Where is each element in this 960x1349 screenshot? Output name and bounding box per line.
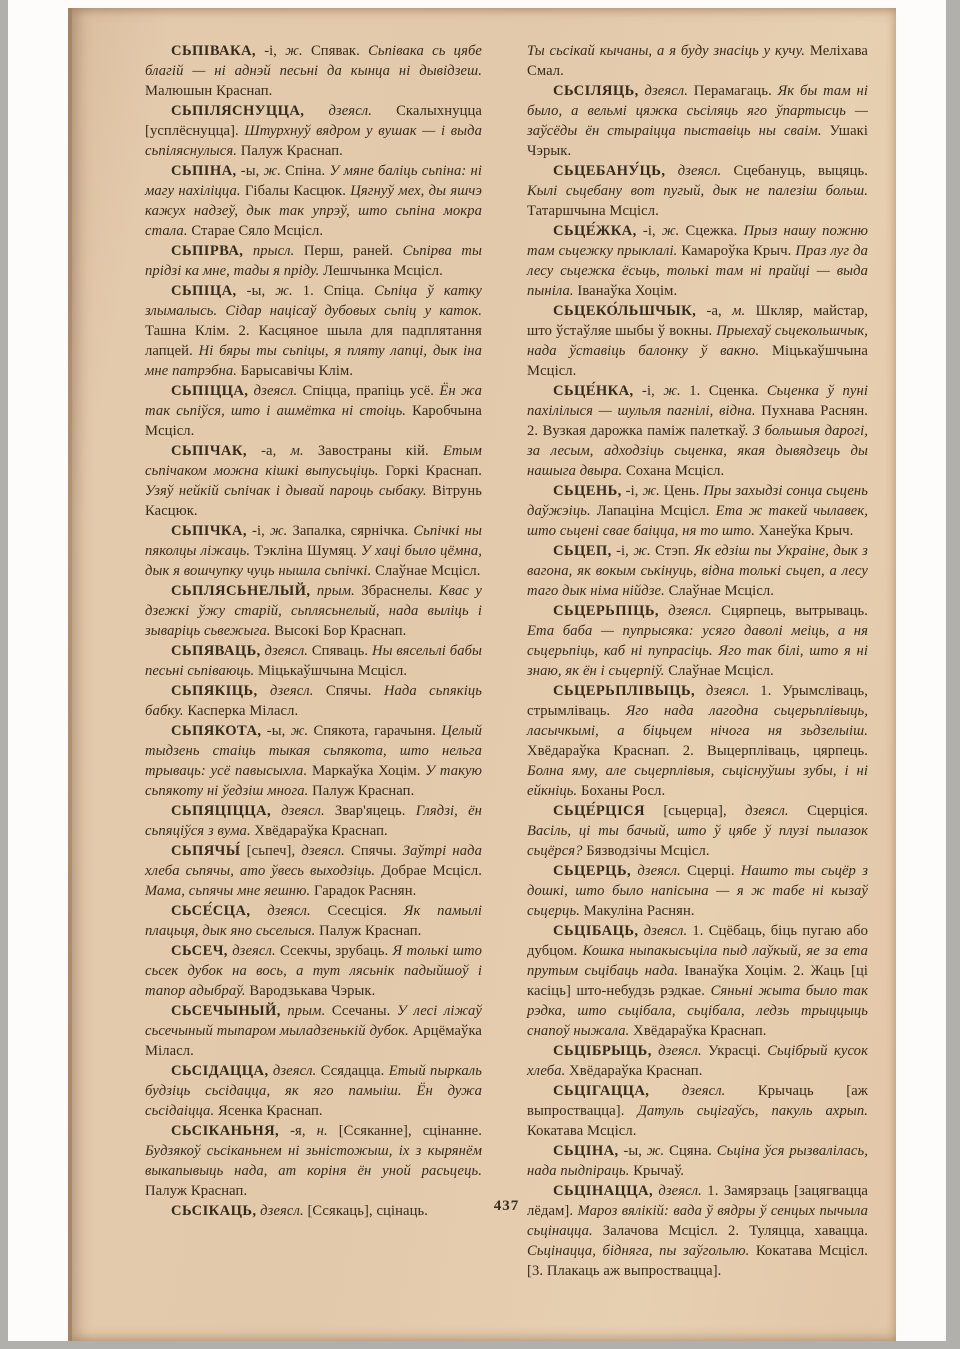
dictionary-entry: СЬЦЕБАНУ́ЦЬ, дзеясл. Сцебануць, выцяць. … bbox=[527, 161, 868, 221]
entry-example-text: м. bbox=[732, 303, 745, 319]
entry-text: Перш, раней. bbox=[294, 243, 402, 259]
entry-text: Вародзькава Чэрык. bbox=[246, 983, 376, 999]
dictionary-entry: СЬЦЕРЦЬ, дзеясл. Сцерці. Нашто ты сьцёр … bbox=[527, 861, 868, 921]
entry-example-text: дзеясл. bbox=[658, 1043, 702, 1059]
entry-text: Тэкліна Шумяц. bbox=[250, 543, 361, 559]
entry-text: Сохана Мсцісл. bbox=[622, 463, 724, 479]
entry-text: Старае Сяло Мсцісл. bbox=[188, 223, 324, 239]
dictionary-entry: СЬПЯЧЫ́ [сьпеч], дзеясл. Спячы. Заўтрі н… bbox=[145, 841, 482, 901]
dictionary-entry: СЬЦЕНЬ, -і, ж. Цень. Пры захыдзі сонца с… bbox=[527, 481, 868, 541]
entry-example-text: дзеясл. bbox=[644, 923, 688, 939]
entry-text: Спіна. bbox=[281, 163, 330, 179]
entry-headword: СЬПІЧКА, bbox=[171, 523, 247, 539]
dictionary-entry: СЬЦЕ́НКА, -і, ж. 1. Сценка. Сьценка ў пу… bbox=[527, 381, 868, 481]
entry-headword: СЬЦЕРЬПІЦЬ, bbox=[553, 603, 659, 619]
entry-example-text: прысл. bbox=[253, 243, 295, 259]
entry-text bbox=[271, 803, 281, 819]
entry-example-text: дзеясл. bbox=[678, 163, 722, 179]
entry-text: Боханы Росл. bbox=[577, 783, 665, 799]
entry-headword: СЬПІЛЯСНУЦЦА, bbox=[171, 103, 304, 119]
dictionary-entry: СЬПЯЦІЦЦА, дзеясл. Звар'яцець. Глядзі, ё… bbox=[145, 801, 482, 841]
entry-headword: СЬПЯКОТА, bbox=[171, 723, 261, 739]
dictionary-entry: СЬСЕ́СЦА, дзеясл. Ссесціся. Як памылі пл… bbox=[145, 901, 482, 941]
dictionary-entry: СЬЦІНАЦЦА, дзеясл. 1. Замярзаць [зацягва… bbox=[527, 1181, 868, 1281]
dictionary-entry: СЬЦЕП, -і, ж. Стэп. Як едзіш пы Украіне,… bbox=[527, 541, 868, 601]
entry-text: Слаўнае Мсцісл. bbox=[371, 563, 480, 579]
entry-text: Слаўнае Мсцісл. bbox=[665, 583, 774, 599]
entry-example-text: Датуль сьцігаўсь, пакуль ахрып. bbox=[637, 1103, 868, 1119]
entry-example-text: дзеясл. bbox=[328, 103, 372, 119]
dictionary-entry: СЬПІЦЦА, дзеясл. Спіцца, прапіць усё. Ён… bbox=[145, 381, 482, 441]
entry-headword: СЬЦІНА, bbox=[553, 1143, 619, 1159]
entry-text: Высокі Бор Краснап. bbox=[271, 623, 407, 639]
dictionary-entry: СЬЦЕ́ЖКА, -і, ж. Сцежка. Прыз нашу пожню… bbox=[527, 221, 868, 301]
dictionary-entry: СЬПІЦА, -ы, ж. 1. Спіца. Сьпіца ў катку … bbox=[145, 281, 482, 381]
scan-backdrop-sheet: СЬПІВАКА, -і, ж. Спявак. Сьпівака сь цяб… bbox=[8, 0, 946, 1341]
entry-headword: СЬПІЧАК, bbox=[171, 443, 247, 459]
entry-text: Барысавічы Клім. bbox=[237, 363, 353, 379]
entry-example-text: дзеясл. bbox=[668, 603, 712, 619]
entry-text: Спяваць. bbox=[308, 643, 372, 659]
entry-headword: СЬЦЕРЦЬ, bbox=[553, 863, 631, 879]
entry-headword: СЬЦЕБАНУ́ЦЬ, bbox=[553, 163, 665, 179]
entry-text: Лешчынка Мсцісл. bbox=[319, 263, 443, 279]
entry-text: [сьцерца], bbox=[645, 803, 745, 819]
entry-headword: СЬЦЕ́НКА, bbox=[553, 383, 634, 399]
dictionary-entry: СЬПІЧАК, -а, м. Завостраны кій. Етым сьп… bbox=[145, 441, 482, 521]
entry-headword: СЬПЛЯСЬНЕЛЫЙ, bbox=[171, 583, 310, 599]
entry-text: Збраснелы. bbox=[355, 583, 439, 599]
entry-text: Спякота, гарачыня. bbox=[308, 723, 441, 739]
entry-text: Сцерці. bbox=[681, 863, 741, 879]
dictionary-entry: СЬЦІГАЦЦА, дзеясл. Крычаць [аж выпроства… bbox=[527, 1081, 868, 1141]
entry-text bbox=[695, 683, 706, 699]
entry-text: Ханеўка Крыч. bbox=[755, 523, 853, 539]
entry-headword: СЬПІРВА, bbox=[171, 243, 243, 259]
entry-text: Спячы. bbox=[345, 843, 403, 859]
entry-text: Хвёдараўка Краснап. bbox=[251, 823, 388, 839]
entry-example-text: Мама, сьпячы мне яешню. bbox=[145, 883, 310, 899]
dictionary-entry: СЬЦІБРЫЦЬ, дзеясл. Украсці. Сьцібрый кус… bbox=[527, 1041, 868, 1081]
entry-text: Ясенка Краснап. bbox=[214, 1103, 322, 1119]
entry-example-text: н. bbox=[317, 1123, 328, 1139]
entry-text bbox=[665, 163, 677, 179]
entry-text: Залачова Мсцісл. 2. Туляцца, хавацца. bbox=[593, 1223, 868, 1239]
entry-text: Ссечаны. bbox=[325, 1003, 397, 1019]
entry-headword: СЬСЕЧЫНЫЙ, bbox=[171, 1003, 281, 1019]
entry-text: Горкі Краснап. bbox=[379, 463, 482, 479]
entry-text: Касперка Міласл. bbox=[184, 703, 299, 719]
entry-headword: СЬЦІБАЦЬ, bbox=[553, 923, 638, 939]
entry-text: Добрае Мсцісл. bbox=[375, 863, 482, 879]
entry-text: Палуж Краснап. bbox=[315, 923, 421, 939]
entry-text: Цень. bbox=[660, 483, 703, 499]
entry-example-text: ж. bbox=[264, 163, 281, 179]
entry-text: Лапаціна Мсцісл. bbox=[591, 503, 716, 519]
dictionary-entry: СЬПЯКІЦЬ, дзеясл. Спячы. Нада сьпякіць б… bbox=[145, 681, 482, 721]
dictionary-entry: СЬПЯВАЦЬ, дзеясл. Спяваць. Ны вясельлі б… bbox=[145, 641, 482, 681]
entry-text: Перамагаць. bbox=[688, 83, 778, 99]
entry-text: Хвёдараўка Краснап. bbox=[565, 1063, 702, 1079]
dictionary-entry: СЬПІВАКА, -і, ж. Спявак. Сьпівака сь цяб… bbox=[145, 41, 482, 101]
entry-headword: СЬСЕЧ, bbox=[171, 943, 228, 959]
entry-example-text: ж. bbox=[270, 523, 287, 539]
entry-text: -ы, bbox=[237, 163, 264, 179]
entry-text: Ссесціся. bbox=[311, 903, 404, 919]
entry-example-text: Ты сьсікай кычаны, а я буду знасіць у ку… bbox=[527, 43, 805, 59]
entry-text: Запалка, сярнічка. bbox=[287, 523, 413, 539]
entry-text: -і, bbox=[634, 383, 664, 399]
entry-headword: СЬЦЕКО́ЛЬШЧЫК, bbox=[553, 303, 696, 319]
entry-text: Маркаўка Хоцім. bbox=[307, 763, 425, 779]
entry-example-text: дзеясл. bbox=[658, 1183, 702, 1199]
entry-headword: СЬЦІГАЦЦА, bbox=[553, 1083, 649, 1099]
entry-text: -ы, bbox=[619, 1143, 647, 1159]
entry-text: Ссекчы, зрубаць. bbox=[276, 943, 393, 959]
book-page: СЬПІВАКА, -і, ж. Спявак. Сьпівака сь цяб… bbox=[68, 8, 896, 1341]
entry-text: Спячы. bbox=[314, 683, 384, 699]
entry-example-text: дзеясл. bbox=[637, 863, 681, 879]
entry-example-text: дзеясл. bbox=[745, 803, 789, 819]
entry-text: Хвёдараўка Краснап. bbox=[629, 1023, 766, 1039]
entry-text: -і, bbox=[622, 483, 643, 499]
entry-text: Камароўка Крыч. bbox=[677, 243, 795, 259]
entry-example-text: ж. bbox=[642, 483, 659, 499]
entry-text: Малюшын Краснап. bbox=[145, 83, 272, 99]
entry-text: Міцькаўшчына Мсцісл. bbox=[254, 663, 407, 679]
entry-headword: СЬСІЛЯЦЬ, bbox=[553, 83, 639, 99]
entry-text: Сцярпець, вытрываць. bbox=[712, 603, 868, 619]
entry-text: Кокатава Мсцісл. bbox=[527, 1123, 636, 1139]
entry-headword: СЬСІДАЦЦА, bbox=[171, 1063, 269, 1079]
entry-headword: СЬПЯЦІЦЦА, bbox=[171, 803, 271, 819]
dictionary-entry: СЬПІЛЯСНУЦЦА, дзеясл. Скалыхнуцца [усплё… bbox=[145, 101, 482, 161]
entry-text: Стэп. bbox=[651, 543, 694, 559]
entry-headword: СЬПЯВАЦЬ, bbox=[171, 643, 261, 659]
entry-text: -і, bbox=[256, 43, 285, 59]
entry-headword: СЬСІКАНЬНЯ, bbox=[171, 1123, 279, 1139]
entry-text: Бязводзічы Мсцісл. bbox=[583, 843, 710, 859]
entry-example-text: ж. bbox=[291, 723, 308, 739]
column-left: СЬПІВАКА, -і, ж. Спявак. Сьпівака сь цяб… bbox=[145, 41, 482, 1221]
entry-text: Гібалы Касцюк. bbox=[241, 183, 351, 199]
dictionary-entry: СЬЦІБАЦЬ, дзеясл. 1. Сцёбаць, біць пугаю… bbox=[527, 921, 868, 1041]
entry-example-text: дзеясл. bbox=[301, 843, 345, 859]
entry-example-text: ж. bbox=[633, 543, 650, 559]
entry-example-text: дзеясл. bbox=[706, 683, 750, 699]
entry-text bbox=[250, 903, 267, 919]
entry-headword: СЬЦЕРЬПЛІВЫЦЬ, bbox=[553, 683, 695, 699]
entry-text: Палуж Краснап. bbox=[237, 143, 343, 159]
entry-example-text: ж. bbox=[662, 223, 679, 239]
entry-text: -і, bbox=[637, 223, 662, 239]
entry-example-text: дзеясл. bbox=[254, 383, 298, 399]
entry-text: Палуж Краснап. bbox=[145, 1183, 247, 1199]
entry-example-text: дзеясл. bbox=[267, 903, 311, 919]
entry-text: Сцебануць, выцяць. bbox=[721, 163, 868, 179]
entry-text: Татаршчына Мсцісл. bbox=[527, 203, 659, 219]
entry-example-text: дзеясл. bbox=[281, 803, 325, 819]
entry-example-text: ж. bbox=[663, 383, 680, 399]
entry-text bbox=[243, 243, 252, 259]
entry-example-text: дзеясл. bbox=[265, 643, 309, 659]
entry-example-text: м. bbox=[291, 443, 304, 459]
entry-text: -ы, bbox=[237, 283, 276, 299]
entry-headword: СЬПІВАКА, bbox=[171, 43, 256, 59]
entry-example-text: Будзякоў сьсіканьнем ні зьністожыш, іх з… bbox=[145, 1143, 482, 1179]
entry-text bbox=[649, 1083, 682, 1099]
entry-text: 1. Сценка. bbox=[681, 383, 767, 399]
dictionary-entry: СЬПІНА, -ы, ж. Спіна. У мяне баліць сьпі… bbox=[145, 161, 482, 241]
entry-headword: СЬСЕ́СЦА, bbox=[171, 903, 250, 919]
entry-headword: СЬЦІБРЫЦЬ, bbox=[553, 1043, 652, 1059]
dictionary-entry: СЬПЯКОТА, -ы, ж. Спякота, гарачыня. Целы… bbox=[145, 721, 482, 801]
entry-continuation: Ты сьсікай кычаны, а я буду знасіць у ку… bbox=[527, 41, 868, 81]
entry-text: Завостраны кій. bbox=[304, 443, 443, 459]
entry-text bbox=[659, 603, 668, 619]
dictionary-entry: СЬСІДАЦЦА, дзеясл. Ссядацца. Етый пыркал… bbox=[145, 1061, 482, 1121]
entry-text: -я, bbox=[279, 1123, 317, 1139]
entry-headword: СЬПЯКІЦЬ, bbox=[171, 683, 258, 699]
entry-text: [сьпеч], bbox=[241, 843, 302, 859]
entry-text bbox=[258, 683, 270, 699]
entry-headword: СЬЦЕНЬ, bbox=[553, 483, 622, 499]
entry-headword: СЬЦЕП, bbox=[553, 543, 612, 559]
entry-text bbox=[304, 103, 328, 119]
entry-text: Звар'яцець. bbox=[325, 803, 416, 819]
entry-text: Украсці. bbox=[702, 1043, 768, 1059]
page-number: 437 bbox=[145, 1198, 868, 1215]
entry-headword: СЬПІНА, bbox=[171, 163, 237, 179]
entry-headword: СЬПІЦА, bbox=[171, 283, 237, 299]
entry-text: Палуж Краснап. bbox=[308, 783, 414, 799]
scanned-book-page-background: { "colors": { "paper": "#e3c9ab", "ink":… bbox=[0, 0, 960, 1349]
entry-headword: СЬЦЕ́РЦІСЯ bbox=[553, 803, 645, 819]
entry-text: Іванаўка Хоцім. bbox=[574, 283, 678, 299]
entry-text: Ссядацца. bbox=[316, 1063, 388, 1079]
dictionary-entry: СЬСЕЧЫНЫЙ, прым. Ссечаны. У лесі ліжаў с… bbox=[145, 1001, 482, 1061]
entry-text: Сцежка. bbox=[679, 223, 743, 239]
entry-example-text: Сьцінацца, бідняга, пы заўгольлю. bbox=[527, 1243, 749, 1259]
entry-headword: СЬЦЕ́ЖКА, bbox=[553, 223, 637, 239]
column-right: Ты сьсікай кычаны, а я буду знасіць у ку… bbox=[527, 41, 868, 1281]
dictionary-entry: СЬСЕЧ, дзеясл. Ссекчы, зрубаць. Я толькі… bbox=[145, 941, 482, 1001]
entry-text: -а, bbox=[247, 443, 291, 459]
entry-example-text: ж. bbox=[647, 1143, 664, 1159]
entry-text: Гарадок Раснян. bbox=[310, 883, 416, 899]
dictionary-entry: СЬЦЕ́РЦІСЯ [сьцерца], дзеясл. Сцерціся. … bbox=[527, 801, 868, 861]
entry-example-text: Узяў нейкій сьпічак і дывай пароць сыбак… bbox=[145, 483, 427, 499]
entry-example-text: дзеясл. bbox=[644, 83, 688, 99]
entry-headword: СЬЦІНАЦЦА, bbox=[553, 1183, 653, 1199]
dictionary-entry: СЬСІЛЯЦЬ, дзеясл. Перамагаць. Як бы там … bbox=[527, 81, 868, 161]
entry-example-text: прым. bbox=[287, 1003, 325, 1019]
entry-example-text: Кылі сьцебану вот пугый, дык не палезіш … bbox=[527, 183, 868, 199]
entry-text: Сцерціся. bbox=[789, 803, 868, 819]
entry-text: Сцяна. bbox=[664, 1143, 716, 1159]
entry-headword: СЬПЯЧЫ́ bbox=[171, 843, 241, 859]
entry-text: -а, bbox=[696, 303, 732, 319]
entry-example-text: ж. bbox=[285, 43, 302, 59]
entry-example-text: дзеясл. bbox=[273, 1063, 317, 1079]
entry-text: -і, bbox=[612, 543, 634, 559]
dictionary-entry: СЬЦЕКО́ЛЬШЧЫК, -а, м. Шкляр, майстар, шт… bbox=[527, 301, 868, 381]
entry-text: -і, bbox=[247, 523, 270, 539]
entry-text: Макуліна Раснян. bbox=[580, 903, 695, 919]
entry-text: -ы, bbox=[261, 723, 290, 739]
dictionary-entry: СЬЦЕРЬПІЦЬ, дзеясл. Сцярпець, вытрываць.… bbox=[527, 601, 868, 681]
entry-example-text: дзеясл. bbox=[270, 683, 314, 699]
dictionary-entry: СЬЦЕРЬПЛІВЫЦЬ, дзеясл. 1. Урымсліваць, с… bbox=[527, 681, 868, 801]
entry-example-text: прым. bbox=[317, 583, 355, 599]
entry-text: [Ссяканне], сцінанне. bbox=[328, 1123, 482, 1139]
entry-example-text: дзеясл. bbox=[682, 1083, 726, 1099]
entry-example-text: дзеясл. bbox=[232, 943, 276, 959]
dictionary-entry: СЬПІЧКА, -і, ж. Запалка, сярнічка. Сьпіч… bbox=[145, 521, 482, 581]
entry-text: Спіцца, прапіць усё. bbox=[297, 383, 439, 399]
entry-example-text: ж. bbox=[275, 283, 292, 299]
dictionary-entry: СЬСІКАНЬНЯ, -я, н. [Ссяканне], сцінанне.… bbox=[145, 1121, 482, 1201]
entry-text: Спявак. bbox=[303, 43, 368, 59]
entry-text: 1. Спіца. bbox=[293, 283, 374, 299]
entry-text: Хвёдараўка Краснап. 2. Выцерпліваць, цяр… bbox=[527, 743, 868, 759]
dictionary-entry: СЬЦІНА, -ы, ж. Сцяна. Сьціна ўся рызвалі… bbox=[527, 1141, 868, 1181]
entry-headword: СЬПІЦЦА, bbox=[171, 383, 248, 399]
dictionary-entry: СЬПІРВА, прысл. Перш, раней. Сьпірва ты … bbox=[145, 241, 482, 281]
entry-text: Крычаў. bbox=[629, 1163, 684, 1179]
entry-text: Слаўнае Мсцісл. bbox=[665, 663, 774, 679]
dictionary-entry: СЬПЛЯСЬНЕЛЫЙ, прым. Збраснелы. Квас у дз… bbox=[145, 581, 482, 641]
